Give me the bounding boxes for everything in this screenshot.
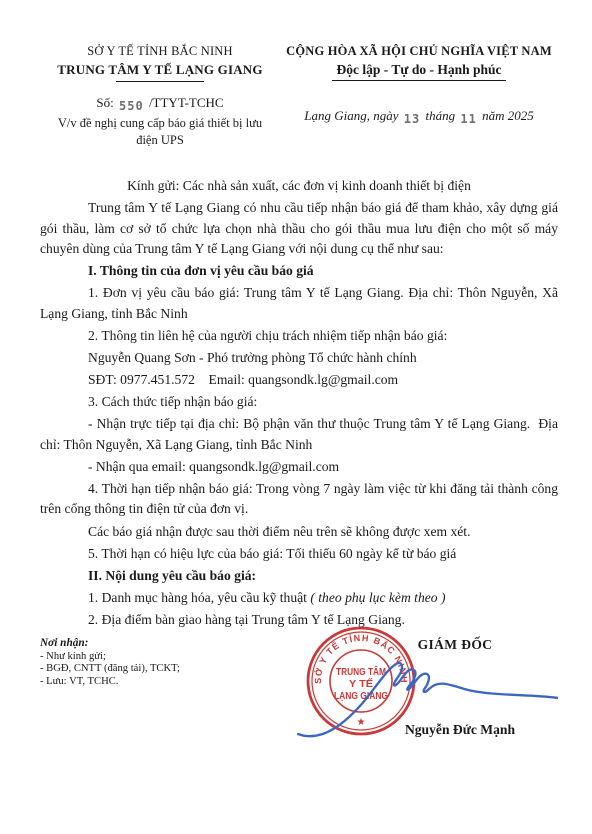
national-header-block: CỘNG HÒA XÃ HỘI CHỦ NGHĨA VIỆT NAM Độc l… [280,44,558,149]
signer-name: Nguyễn Đức Mạnh [370,722,550,738]
intro-paragraph: Trung tâm Y tế Lạng Giang có nhu cầu tiế… [40,198,558,260]
document-number-line: Số: 550 /TTYT-TCHC [40,95,280,111]
org-name: TRUNG TÂM Y TẾ LẠNG GIANG [40,62,280,78]
document-page: SỞ Y TẾ TỈNH BẮC NINH TRUNG TÂM Y TẾ LẠN… [0,0,592,834]
issuing-org-block: SỞ Y TẾ TỈNH BẮC NINH TRUNG TÂM Y TẾ LẠN… [40,44,280,149]
date-day-stamped: 13 [402,112,422,126]
recipient-line: - Lưu: VT, TCHC. [40,676,558,689]
section1-item3: 3. Cách thức tiếp nhận báo giá: [40,392,558,413]
national-name: CỘNG HÒA XÃ HỘI CHỦ NGHĨA VIỆT NAM [280,44,558,59]
stamp-center-line1: TRUNG TÂM [336,665,386,678]
salutation-line: Kính gửi: Các nhà sản xuất, các đơn vị k… [40,176,558,197]
contact-phone-email-line: SĐT: 0977.451.572 Email: quangsondk.lg@g… [40,370,558,391]
number-suffix: /TTYT-TCHC [149,95,224,110]
org-underline [116,81,204,82]
section1-item4: 4. Thời hạn tiếp nhận báo giá: Trong vòn… [40,479,558,520]
national-motto: Độc lập - Tự do - Hạnh phúc [332,62,505,81]
stamp-center-line2: Y TẾ [349,677,373,690]
contact-name-line: Nguyễn Quang Sơn - Phó trưởng phòng Tổ c… [40,348,558,369]
document-footer: Nơi nhận: - Như kính gửi; - BGĐ, CNTT (đ… [40,637,558,812]
date-mid: tháng [425,108,455,123]
recipient-line: - BGĐ, CNTT (đăng tải), TCKT; [40,663,558,676]
section1-item5: 5. Thời hạn có hiệu lực của báo giá: Tối… [40,544,558,565]
section1-note: Các báo giá nhận được sau thời điểm nêu … [40,522,558,543]
date-suffix: năm 2025 [482,108,534,123]
document-subject: V/v đề nghị cung cấp báo giá thiết bị lư… [49,115,271,149]
date-month-stamped: 11 [458,112,478,126]
date-prefix: Lạng Giang, ngày [304,108,398,123]
section2-item1-note: ( theo phụ lục kèm theo ) [310,590,445,605]
section2-heading: II. Nội dung yêu cầu báo giá: [40,566,558,587]
section1-heading: I. Thông tin của đơn vị yêu cầu báo giá [40,261,558,282]
section1-item3-email: - Nhận qua email: quangsondk.lg@gmail.co… [40,457,558,478]
section2-item1: 1. Danh mục hàng hóa, yêu cầu kỹ thuật (… [40,588,558,609]
document-body: Kính gửi: Các nhà sản xuất, các đơn vị k… [40,176,558,630]
section2-item2: 2. Địa điểm bàn giao hàng tại Trung tâm … [40,610,558,631]
parent-org-name: SỞ Y TẾ TỈNH BẮC NINH [40,44,280,59]
number-label: Số: [96,95,113,110]
official-red-stamp: SỞ Y TẾ TỈNH BẮC NINH TRUNG TÂM Y TẾ LẠN… [305,625,417,737]
stamp-star-icon: ★ [357,717,366,728]
stamp-center-line3: LẠNG GIANG [334,691,388,702]
section1-item1: 1. Đơn vị yêu cầu báo giá: Trung tâm Y t… [40,283,558,324]
document-header: SỞ Y TẾ TỈNH BẮC NINH TRUNG TÂM Y TẾ LẠN… [40,44,558,149]
place-date-line: Lạng Giang, ngày 13 tháng 11 năm 2025 [280,108,558,124]
section1-item2: 2. Thông tin liên hệ của người chịu trác… [40,326,558,347]
section1-item3-direct: - Nhận trực tiếp tại địa chỉ: Bộ phận vă… [40,414,558,455]
section2-item1-main: 1. Danh mục hàng hóa, yêu cầu kỹ thuật [88,590,307,605]
number-value-stamped: 550 [117,99,146,113]
